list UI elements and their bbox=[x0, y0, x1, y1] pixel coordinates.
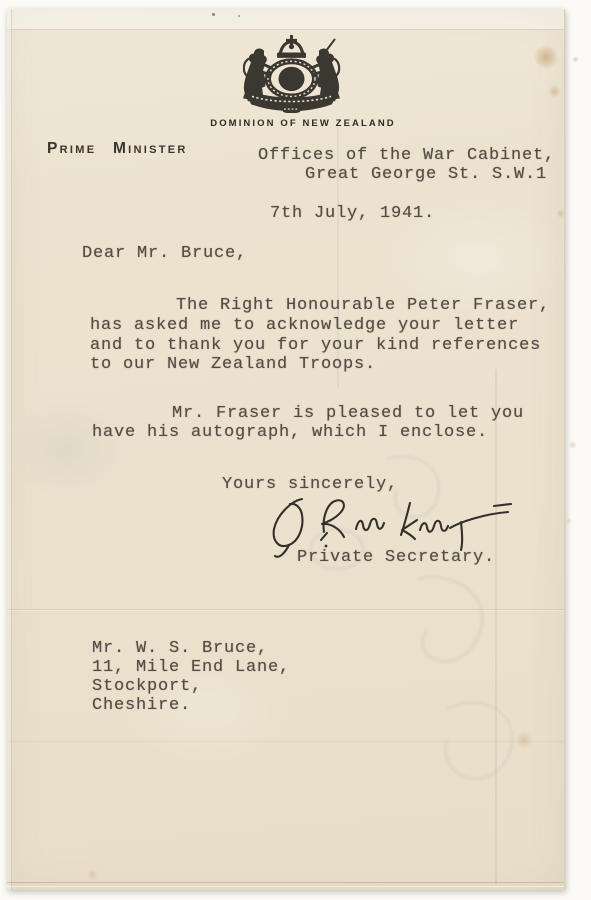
foxing-stain bbox=[87, 869, 98, 880]
salutation: Dear Mr. Bruce, bbox=[82, 244, 247, 264]
office-address-line-2: Great George St. S.W.1 bbox=[305, 165, 547, 185]
office-address-line-1: Offices of the War Cabinet, bbox=[258, 146, 555, 166]
body-paragraph-1-line-2: has asked me to acknowledge your letter bbox=[90, 316, 519, 336]
body-paragraph-2-line-2: have his autograph, which I enclose. bbox=[92, 423, 488, 443]
paper-left-sheet-edge bbox=[7, 9, 12, 890]
ghost-pencil-marks bbox=[387, 569, 537, 789]
foxing-stain bbox=[515, 731, 533, 749]
scanned-letter-photo: DOMINION OF NEW ZEALAND Prime Minister O… bbox=[0, 0, 591, 900]
body-paragraph-2-line-1: Mr. Fraser is pleased to let you bbox=[172, 404, 524, 424]
background-stain bbox=[569, 441, 577, 449]
foxing-stain bbox=[548, 85, 561, 98]
body-paragraph-1-line-3: and to thank you for your kind reference… bbox=[90, 336, 541, 356]
foxing-stain bbox=[534, 45, 558, 69]
vertical-crease bbox=[495, 369, 497, 884]
paper-top-fold-edge bbox=[7, 9, 564, 30]
paper-bottom-sheet-edge bbox=[7, 886, 564, 887]
body-paragraph-1-line-1: The Right Honourable Peter Fraser, bbox=[176, 296, 550, 316]
signature-role: Private Secretary. bbox=[297, 548, 495, 568]
recipient-address-line-1: Mr. W. S. Bruce, bbox=[92, 639, 268, 659]
background-stain bbox=[566, 518, 572, 524]
recipient-address-line-3: Stockport, bbox=[92, 677, 202, 697]
recipient-address-line-4: Cheshire. bbox=[92, 696, 191, 716]
closing-valediction: Yours sincerely, bbox=[222, 475, 398, 495]
royal-coat-of-arms-icon bbox=[243, 35, 343, 113]
crest-caption: DOMINION OF NEW ZEALAND bbox=[203, 118, 403, 129]
horizontal-fold-crease bbox=[7, 741, 564, 742]
letter-paper: DOMINION OF NEW ZEALAND Prime Minister O… bbox=[7, 9, 565, 890]
body-paragraph-1-line-4: to our New Zealand Troops. bbox=[90, 355, 376, 375]
foxing-stain bbox=[556, 209, 565, 218]
letter-date: 7th July, 1941. bbox=[270, 204, 435, 224]
background-stain bbox=[572, 56, 579, 63]
sender-title: Prime Minister bbox=[47, 140, 188, 158]
paper-bottom-sheet-edge bbox=[7, 882, 564, 883]
horizontal-fold-crease bbox=[7, 609, 564, 610]
recipient-address-line-2: 11, Mile End Lane, bbox=[92, 658, 290, 678]
